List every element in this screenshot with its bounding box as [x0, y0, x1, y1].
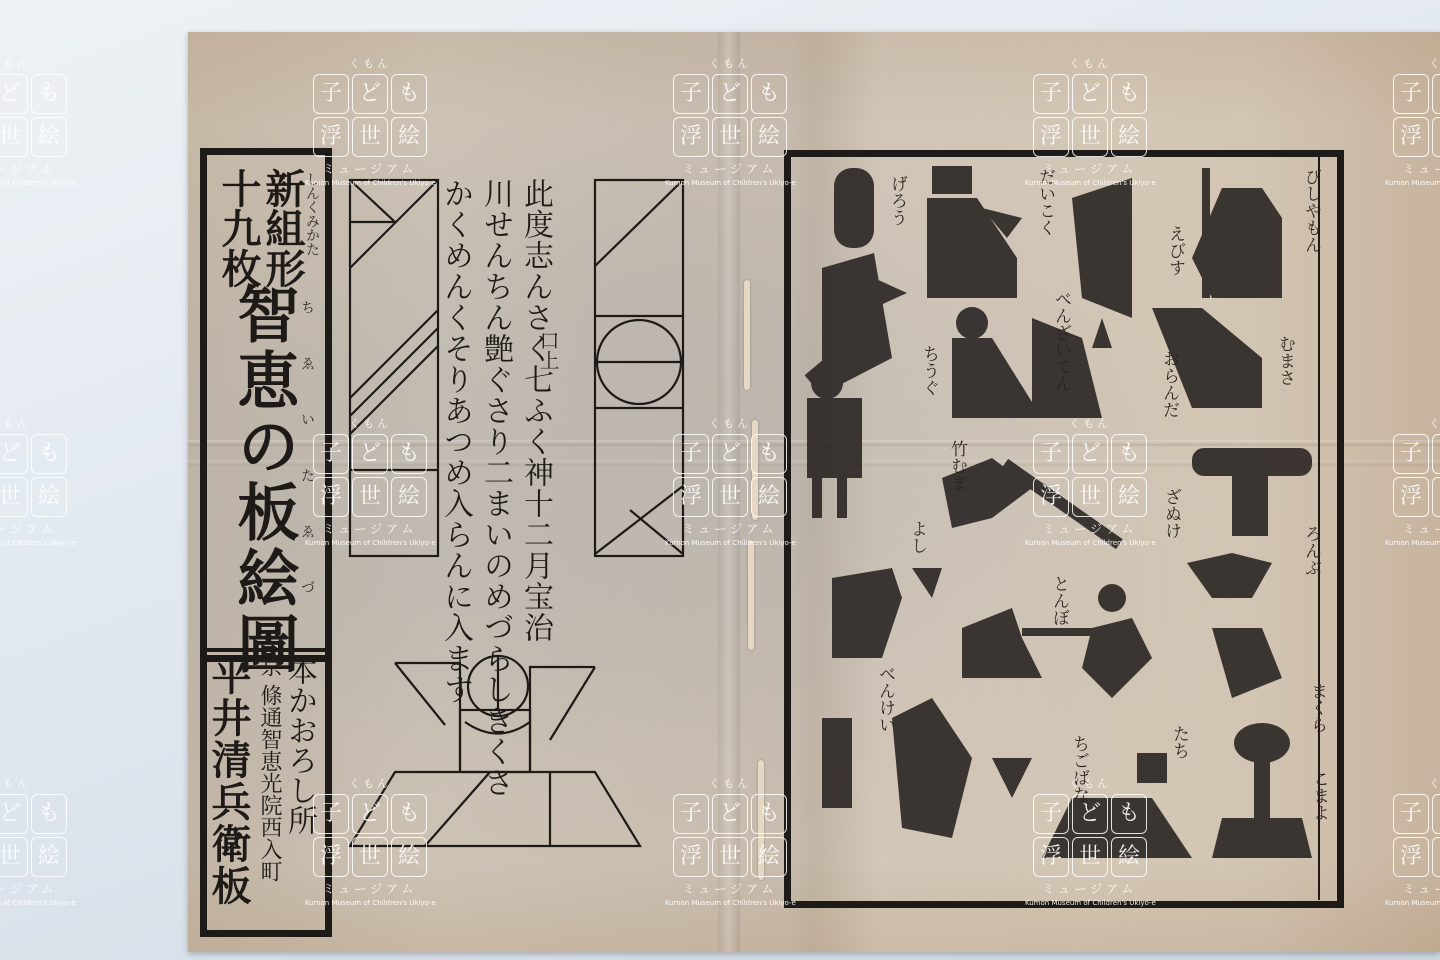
watermark-char: も	[751, 794, 787, 834]
figure-label: こまよ	[1310, 770, 1327, 821]
watermark-char: 浮	[1033, 477, 1069, 517]
watermark-katakana: ミュージアム	[1025, 160, 1155, 177]
watermark-char: 浮	[673, 837, 709, 877]
watermark-top: くもん	[1385, 55, 1440, 71]
figure-label: べんざいてん	[1052, 290, 1069, 392]
watermark: くもん 子ども 浮世絵 ミュージアム Kumon Museum of Child…	[1385, 775, 1440, 915]
watermark-char: 絵	[391, 117, 427, 157]
title-prefix-1: 新組形	[262, 168, 302, 288]
watermark-english: Kumon Museum of Children's Ukiyo-e	[1025, 179, 1155, 187]
watermark-char: ど	[1432, 434, 1440, 474]
watermark-char: ど	[0, 794, 28, 834]
watermark-katakana: ミュージアム	[0, 520, 75, 537]
figure-label: 竹むま	[948, 440, 965, 491]
furigana: ち	[299, 300, 315, 356]
watermark-top: くもん	[1385, 415, 1440, 431]
watermark-char: ど	[0, 74, 28, 114]
watermark-katakana: ミュージアム	[1025, 520, 1155, 537]
watermark-char: ど	[712, 74, 748, 114]
watermark-top: くもん	[305, 415, 435, 431]
figure-label: ちうぐ	[920, 345, 937, 396]
watermark-char: 子	[1033, 434, 1069, 474]
watermark-english: Kumon Museum of Children's Ukiyo-e	[1385, 179, 1440, 187]
watermark-top: くもん	[1025, 775, 1155, 791]
watermark: くもん 子ども 浮世絵 ミュージアム Kumon Museum of Child…	[1025, 55, 1155, 195]
watermark: くもん 子ども 浮世絵 ミュージアム Kumon Museum of Child…	[305, 415, 435, 555]
watermark-english: Kumon Museum of Children's Ukiyo-e	[305, 539, 435, 547]
watermark-char: 浮	[1393, 117, 1429, 157]
watermark-char: ど	[712, 794, 748, 834]
watermark-top: くもん	[0, 775, 75, 791]
watermark-top: くもん	[665, 415, 795, 431]
watermark-top: くもん	[1025, 55, 1155, 71]
watermark-katakana: ミュージアム	[305, 880, 435, 897]
watermark-top: くもん	[305, 55, 435, 71]
watermark-char: ど	[1432, 74, 1440, 114]
watermark-english: Kumon Museum of Children's Ukiyo-e	[1025, 899, 1155, 907]
notice-line-2: 川せんちん艶ぐさり二まいのめづらしきくさ	[480, 178, 510, 798]
watermark-katakana: ミュージアム	[1385, 880, 1440, 897]
title-main: 智恵の板絵圖	[232, 282, 294, 678]
watermark: くもん 子ども 浮世絵 ミュージアム Kumon Museum of Child…	[0, 415, 75, 555]
watermark-katakana: ミュージアム	[665, 160, 795, 177]
figure-label: びしやもん	[1302, 168, 1319, 253]
publisher-line-2: 京 條通智恵光院西入町	[258, 655, 280, 882]
watermark-english: Kumon Museum of Children's Ukiyo-e	[305, 899, 435, 907]
watermark-katakana: ミュージアム	[1025, 880, 1155, 897]
watermark-english: Kumon Museum of Children's Ukiyo-e	[1385, 539, 1440, 547]
title-prefix-2: 十九枚	[218, 168, 258, 288]
watermark-char: ど	[1072, 794, 1108, 834]
binding-stitch	[744, 280, 750, 390]
watermark-katakana: ミュージアム	[305, 160, 435, 177]
watermark-top: くもん	[0, 55, 75, 71]
watermark: くもん 子ども 浮世絵 ミュージアム Kumon Museum of Child…	[1385, 415, 1440, 555]
watermark-char: 絵	[751, 477, 787, 517]
watermark-char: も	[1111, 794, 1147, 834]
watermark-char: 世	[0, 837, 28, 877]
watermark: くもん 子ども 浮世絵 ミュージアム Kumon Museum of Child…	[665, 415, 795, 555]
watermark-char: 浮	[1393, 477, 1429, 517]
figure-label: むまさ	[1276, 335, 1293, 386]
watermark-char: 浮	[313, 477, 349, 517]
watermark-char: も	[1111, 434, 1147, 474]
watermark-char: 世	[1072, 477, 1108, 517]
watermark-char: も	[31, 794, 67, 834]
watermark-char: 世	[0, 117, 28, 157]
watermark-char: 浮	[673, 117, 709, 157]
watermark-katakana: ミュージアム	[1385, 160, 1440, 177]
watermark-char: 浮	[1393, 837, 1429, 877]
watermark-char: 世	[1432, 117, 1440, 157]
figure-label: たち	[1170, 725, 1187, 759]
watermark-english: Kumon Museum of Children's Ukiyo-e	[665, 539, 795, 547]
watermark-char: 世	[352, 837, 388, 877]
watermark-char: ど	[352, 74, 388, 114]
watermark-top: くもん	[305, 775, 435, 791]
watermark-char: も	[391, 74, 427, 114]
figure-label: べんけい	[876, 665, 893, 733]
watermark-top: くもん	[665, 55, 795, 71]
watermark-char: 浮	[1033, 837, 1069, 877]
watermark-char: ど	[352, 794, 388, 834]
binding-stitch	[748, 540, 754, 650]
watermark: くもん 子ども 浮世絵 ミュージアム Kumon Museum of Child…	[665, 55, 795, 195]
watermark-char: も	[31, 74, 67, 114]
watermark-char: 浮	[1033, 117, 1069, 157]
watermark-char: 絵	[751, 117, 787, 157]
watermark-katakana: ミュージアム	[665, 880, 795, 897]
figure-label: おらんだ	[1160, 350, 1177, 418]
watermark-english: Kumon Museum of Children's Ukiyo-e	[0, 899, 75, 907]
publisher-line-3: 平井清兵衛板	[208, 655, 248, 907]
watermark-english: Kumon Museum of Children's Ukiyo-e	[665, 899, 795, 907]
watermark-char: 絵	[391, 837, 427, 877]
watermark: くもん 子ども 浮世絵 ミュージアム Kumon Museum of Child…	[1025, 415, 1155, 555]
furigana: ゑ	[299, 356, 315, 412]
watermark-char: 世	[1432, 837, 1440, 877]
watermark-char: 子	[673, 434, 709, 474]
watermark: くもん 子ども 浮世絵 ミュージアム Kumon Museum of Child…	[0, 55, 75, 195]
watermark-char: 世	[712, 477, 748, 517]
watermark-katakana: ミュージアム	[1385, 520, 1440, 537]
watermark-english: Kumon Museum of Children's Ukiyo-e	[665, 179, 795, 187]
watermark-english: Kumon Museum of Children's Ukiyo-e	[1385, 899, 1440, 907]
figure-label: ざぬけ	[1162, 488, 1179, 539]
watermark-english: Kumon Museum of Children's Ukiyo-e	[305, 179, 435, 187]
watermark-char: 絵	[1111, 117, 1147, 157]
watermark-char: 浮	[313, 117, 349, 157]
watermark-char: 絵	[31, 477, 67, 517]
watermark-katakana: ミュージアム	[0, 160, 75, 177]
watermark-char: も	[751, 74, 787, 114]
watermark-char: 絵	[31, 837, 67, 877]
watermark-char: 世	[1072, 837, 1108, 877]
watermark-char: も	[31, 434, 67, 474]
watermark-katakana: ミュージアム	[0, 880, 75, 897]
watermark-char: 子	[313, 794, 349, 834]
watermark-char: ど	[1432, 794, 1440, 834]
watermark: くもん 子ども 浮世絵 ミュージアム Kumon Museum of Child…	[0, 775, 75, 915]
watermark-english: Kumon Museum of Children's Ukiyo-e	[1025, 539, 1155, 547]
watermark-katakana: ミュージアム	[665, 520, 795, 537]
watermark-char: も	[751, 434, 787, 474]
watermark-char: 子	[673, 794, 709, 834]
watermark-char: 世	[712, 837, 748, 877]
notice-line-3: かくめんくそりあつめ入らんに入ます	[440, 178, 470, 705]
figure-label: えびす	[1166, 225, 1183, 276]
watermark-char: 浮	[673, 477, 709, 517]
watermark-char: 子	[1393, 794, 1429, 834]
watermark: くもん 子ども 浮世絵 ミュージアム Kumon Museum of Child…	[665, 775, 795, 915]
watermark: くもん 子ども 浮世絵 ミュージアム Kumon Museum of Child…	[1385, 55, 1440, 195]
figure-label: まくら	[1308, 682, 1325, 733]
watermark-english: Kumon Museum of Children's Ukiyo-e	[0, 179, 75, 187]
watermark-english: Kumon Museum of Children's Ukiyo-e	[0, 539, 75, 547]
watermark-char: 絵	[1111, 837, 1147, 877]
watermark-char: 世	[352, 117, 388, 157]
figure-label: よし	[908, 520, 925, 554]
watermark-char: 世	[1072, 117, 1108, 157]
figure-label: げろう	[888, 175, 905, 226]
watermark-char: 絵	[1111, 477, 1147, 517]
watermark-char: ど	[0, 434, 28, 474]
figure-label: とんぼ	[1050, 575, 1067, 626]
watermark-char: 世	[712, 117, 748, 157]
notice-line-1: 此度志んさく七ふく神十二月宝治	[520, 178, 550, 643]
furigana: づ	[299, 580, 315, 636]
watermark-char: ど	[1072, 434, 1108, 474]
watermark-char: 子	[673, 74, 709, 114]
watermark-char: 世	[352, 477, 388, 517]
watermark-char: 子	[1393, 74, 1429, 114]
watermark-katakana: ミュージアム	[305, 520, 435, 537]
watermark: くもん 子ども 浮世絵 ミュージアム Kumon Museum of Child…	[305, 775, 435, 915]
watermark-char: 世	[1432, 477, 1440, 517]
watermark: くもん 子ども 浮世絵 ミュージアム Kumon Museum of Child…	[305, 55, 435, 195]
watermark-char: 絵	[751, 837, 787, 877]
watermark-char: も	[391, 794, 427, 834]
watermark-top: くもん	[1025, 415, 1155, 431]
watermark-char: 絵	[391, 477, 427, 517]
watermark-char: ど	[1072, 74, 1108, 114]
watermark: くもん 子ども 浮世絵 ミュージアム Kumon Museum of Child…	[1025, 775, 1155, 915]
watermark-char: 絵	[31, 117, 67, 157]
watermark-top: くもん	[1385, 775, 1440, 791]
watermark-char: 子	[313, 74, 349, 114]
watermark-char: ど	[352, 434, 388, 474]
watermark-char: 世	[0, 477, 28, 517]
watermark-char: 子	[1393, 434, 1429, 474]
watermark-char: 子	[1033, 74, 1069, 114]
watermark-char: も	[1111, 74, 1147, 114]
watermark-char: ど	[712, 434, 748, 474]
watermark-char: 浮	[313, 837, 349, 877]
watermark-top: くもん	[0, 415, 75, 431]
watermark-char: 子	[1033, 794, 1069, 834]
watermark-char: 子	[313, 434, 349, 474]
figure-label: ろんぶ	[1302, 525, 1319, 576]
watermark-char: も	[391, 434, 427, 474]
watermark-top: くもん	[665, 775, 795, 791]
